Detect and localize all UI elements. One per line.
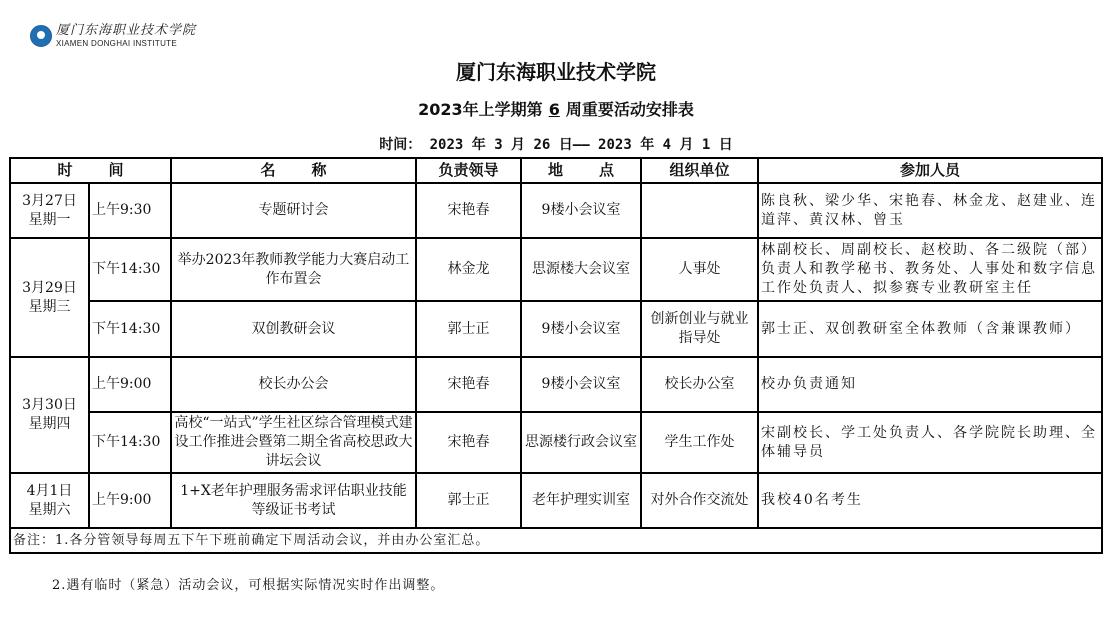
leader-cell: 宋艳春: [416, 412, 521, 473]
event-name-cell: 双创教研会议: [171, 301, 416, 357]
leader-cell: 郭士正: [416, 473, 521, 528]
column-header-time: 时间: [10, 158, 171, 183]
organizer-cell: 人事处: [641, 238, 758, 301]
time-cell: 下午14:30: [89, 301, 171, 357]
participants-cell: 林副校长、周副校长、赵校助、各二级院（部）负责人和教学秘书、教务处、人事处和数字…: [758, 238, 1102, 301]
participants-cell: 我校40名考生: [758, 473, 1102, 528]
logo-name-en: XIAMEN DONGHAI INSTITUTE: [56, 40, 196, 48]
event-name-cell: 举办2023年教师教学能力大赛启动工作布置会: [171, 238, 416, 301]
organizer-cell: 对外合作交流处: [641, 473, 758, 528]
subtitle-suffix: 周重要活动安排表: [566, 100, 694, 119]
column-header-location: 地点: [521, 158, 641, 183]
table-row: 下午14:30 双创教研会议 郭士正 9楼小会议室 创新创业与就业指导处 郭士正…: [10, 301, 1102, 357]
organizer-cell: [641, 183, 758, 238]
participants-cell: 郭士正、双创教研室全体教师（含兼课教师）: [758, 301, 1102, 357]
participants-cell: 校办负责通知: [758, 357, 1102, 412]
column-header-participants: 参加人员: [758, 158, 1102, 183]
table-row: 4月1日星期六 上午9:00 1+X老年护理服务需求评估职业技能等级证书考试 郭…: [10, 473, 1102, 528]
location-cell: 9楼小会议室: [521, 301, 641, 357]
table-row: 3月30日星期四 上午9:00 校长办公会 宋艳春 9楼小会议室 校长办公室 校…: [10, 357, 1102, 412]
location-cell: 老年护理实训室: [521, 473, 641, 528]
column-header-organizer: 组织单位: [641, 158, 758, 183]
column-header-leader: 负责领导: [416, 158, 521, 183]
schedule-table: 时间 名称 负责领导 地点 组织单位 参加人员 3月27日星期一 上午9:30 …: [9, 157, 1103, 554]
table-row: 3月29日星期三 下午14:30 举办2023年教师教学能力大赛启动工作布置会 …: [10, 238, 1102, 301]
logo-name-cn: 厦门东海职业技术学院: [56, 24, 196, 37]
event-name-cell: 高校“一站式”学生社区综合管理模式建设工作推进会暨第二期全省高校思政大讲坛会议: [171, 412, 416, 473]
time-cell: 上午9:00: [89, 473, 171, 528]
leader-cell: 宋艳春: [416, 357, 521, 412]
organizer-cell: 学生工作处: [641, 412, 758, 473]
schedule-subtitle: 2023年上学期第6周重要活动安排表: [0, 97, 1112, 120]
time-cell: 下午14:30: [89, 238, 171, 301]
organizer-cell: 创新创业与就业指导处: [641, 301, 758, 357]
leader-cell: 林金龙: [416, 238, 521, 301]
date-cell: 3月30日星期四: [10, 357, 89, 473]
table-row: 3月27日星期一 上午9:30 专题研讨会 宋艳春 9楼小会议室 陈良秋、梁少华…: [10, 183, 1102, 238]
notes-row: 备注：1.各分管领导每周五下午下班前确定下周活动会议，并由办公室汇总。: [10, 528, 1102, 553]
date-cell: 3月27日星期一: [10, 183, 89, 238]
note-line-2: 2.遇有临时（紧急）活动会议，可根据实际情况实时作出调整。: [52, 574, 444, 593]
location-cell: 思源楼大会议室: [521, 238, 641, 301]
time-cell: 上午9:30: [89, 183, 171, 238]
table-header-row: 时间 名称 负责领导 地点 组织单位 参加人员: [10, 158, 1102, 183]
date-cell: 4月1日星期六: [10, 473, 89, 528]
column-header-name: 名称: [171, 158, 416, 183]
institute-logo: 厦门东海职业技术学院 XIAMEN DONGHAI INSTITUTE: [30, 24, 196, 48]
participants-cell: 陈良秋、梁少华、宋艳春、林金龙、赵建业、连道萍、黄汉林、曾玉: [758, 183, 1102, 238]
date-range: 时间： 2023 年 3 月 26 日—— 2023 年 4 月 1 日: [0, 134, 1112, 154]
page-title: 厦门东海职业技术学院: [0, 56, 1112, 85]
week-number: 6: [543, 100, 566, 119]
location-cell: 9楼小会议室: [521, 357, 641, 412]
note-line-1: 备注：1.各分管领导每周五下午下班前确定下周活动会议，并由办公室汇总。: [10, 528, 1102, 553]
subtitle-prefix: 2023年上学期第: [418, 100, 543, 119]
organizer-cell: 校长办公室: [641, 357, 758, 412]
date-cell: 3月29日星期三: [10, 238, 89, 357]
logo-text: 厦门东海职业技术学院 XIAMEN DONGHAI INSTITUTE: [56, 24, 196, 48]
leader-cell: 宋艳春: [416, 183, 521, 238]
event-name-cell: 专题研讨会: [171, 183, 416, 238]
event-name-cell: 校长办公会: [171, 357, 416, 412]
time-cell: 上午9:00: [89, 357, 171, 412]
table-row: 下午14:30 高校“一站式”学生社区综合管理模式建设工作推进会暨第二期全省高校…: [10, 412, 1102, 473]
event-name-cell: 1+X老年护理服务需求评估职业技能等级证书考试: [171, 473, 416, 528]
location-cell: 9楼小会议室: [521, 183, 641, 238]
time-cell: 下午14:30: [89, 412, 171, 473]
institute-emblem-icon: [30, 25, 52, 47]
participants-cell: 宋副校长、学工处负责人、各学院院长助理、全体辅导员: [758, 412, 1102, 473]
location-cell: 思源楼行政会议室: [521, 412, 641, 473]
leader-cell: 郭士正: [416, 301, 521, 357]
